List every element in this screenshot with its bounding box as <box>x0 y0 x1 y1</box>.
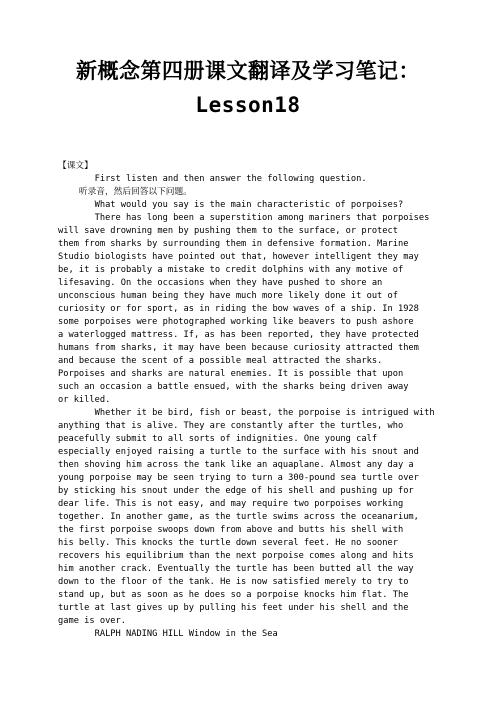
text-line: What would you say is the main character… <box>58 199 438 212</box>
text-line: down to the floor of the tank. He is now… <box>58 576 438 589</box>
text-line: will save drowning men by pushing them t… <box>58 225 438 238</box>
text-line: lifesaving. On the occasions when they h… <box>58 277 438 290</box>
text-line: 【课文】 <box>58 160 438 173</box>
text-line: him another crack. Eventually the turtle… <box>58 563 438 576</box>
text-line: and because the scent of a possible meal… <box>58 355 438 368</box>
text-line: or killed. <box>58 394 438 407</box>
text-line: peacefully submit to all sorts of indign… <box>58 433 438 446</box>
text-line: RALPH NADING HILL Window in the Sea <box>58 628 438 641</box>
text-line: the first porpoise swoops down from abov… <box>58 524 438 537</box>
text-line: Whether it be bird, fish or beast, the p… <box>58 407 438 420</box>
text-line: be, it is probably a mistake to credit d… <box>58 264 438 277</box>
text-line: 听录音，然后回答以下问题。 <box>58 186 438 199</box>
text-line: turtle at last gives up by pulling his f… <box>58 602 438 615</box>
text-line: young porpoise may be seen trying to tur… <box>58 472 438 485</box>
text-line: game is over. <box>58 615 438 628</box>
text-line: Studio biologists have pointed out that,… <box>58 251 438 264</box>
text-line: a waterlogged mattress. If, as has been … <box>58 329 438 342</box>
text-line: them from sharks by surrounding them in … <box>58 238 438 251</box>
text-line: especially enjoyed raising a turtle to t… <box>58 446 438 459</box>
document-title: 新概念第四册课文翻译及学习笔记： Lesson18 <box>0 54 496 122</box>
document-title-line1: 新概念第四册课文翻译及学习笔记： <box>0 54 496 88</box>
text-line: dear life. This is not easy, and may req… <box>58 498 438 511</box>
text-line: some porpoises were photographed working… <box>58 316 438 329</box>
text-line: First listen and then answer the followi… <box>58 173 438 186</box>
text-line: There has long been a superstition among… <box>58 212 438 225</box>
text-line: curiosity or for sport, as in riding the… <box>58 303 438 316</box>
text-line: recovers his equilibrium than the next p… <box>58 550 438 563</box>
text-line: together. In another game, as the turtle… <box>58 511 438 524</box>
text-line: unconscious human being they have much m… <box>58 290 438 303</box>
course-text-body: 【课文】 First listen and then answer the fo… <box>58 160 438 641</box>
text-line: then shoving him across the tank like an… <box>58 459 438 472</box>
text-line: his belly. This knocks the turtle down s… <box>58 537 438 550</box>
text-line: stand up, but as soon as he does so a po… <box>58 589 438 602</box>
document-title-line2: Lesson18 <box>0 88 496 122</box>
text-line: Porpoises and sharks are natural enemies… <box>58 368 438 381</box>
text-line: such an occasion a battle ensued, with t… <box>58 381 438 394</box>
text-line: anything that is alive. They are constan… <box>58 420 438 433</box>
text-line: humans from sharks, it may have been bec… <box>58 342 438 355</box>
text-line: by sticking his snout under the edge of … <box>58 485 438 498</box>
document-page: 新概念第四册课文翻译及学习笔记： Lesson18 【课文】 First lis… <box>0 0 496 702</box>
